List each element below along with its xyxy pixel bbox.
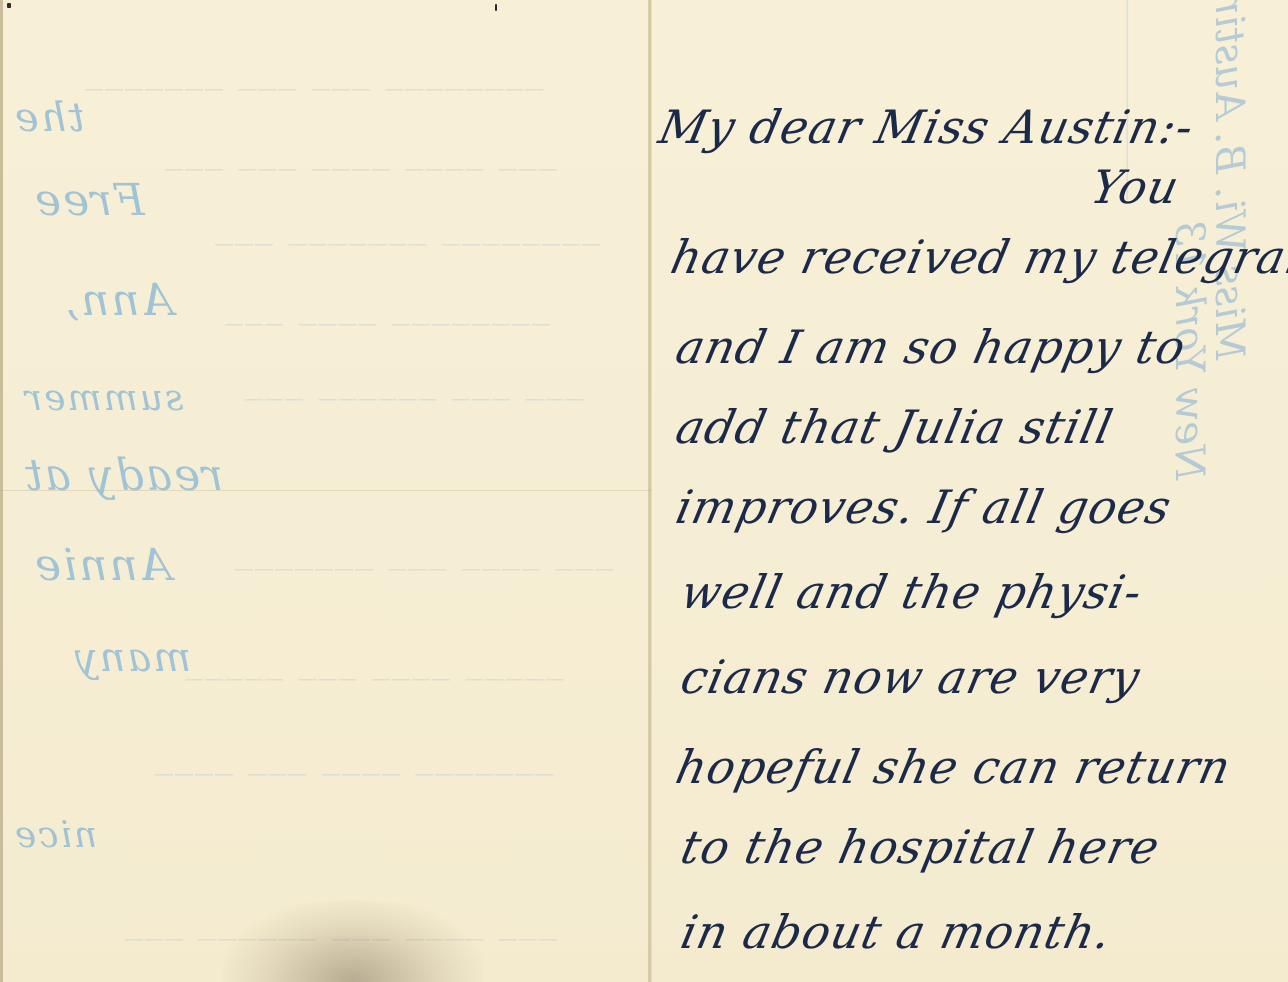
- letter-line: improves. If all goes: [671, 480, 1176, 534]
- faint-bleed-line: ___ ____ ____ ___ ___: [163, 130, 557, 171]
- letter-line: well and the physi-: [676, 565, 1147, 619]
- paper-speck: [495, 4, 497, 11]
- bleed-through-text: ready at: [23, 450, 223, 501]
- paper-speck: [7, 3, 11, 8]
- left-page: the Free Ann, summer ready at Annie many…: [0, 0, 649, 982]
- letter-line: You: [1086, 160, 1184, 214]
- faint-bleed-line: _____ ____ ___ _____: [183, 640, 563, 681]
- letter-line: hopeful she can return: [671, 740, 1236, 794]
- bleed-through-text: the: [13, 95, 85, 141]
- margin-bleed-through: Miss Wi. B. Austin: [1206, 0, 1252, 360]
- faint-bleed-line: ___ ___ ______ ___: [243, 360, 583, 401]
- bleed-through-text: summer: [23, 378, 183, 419]
- bleed-through-text: nice: [13, 815, 97, 856]
- bleed-through-text: many: [73, 635, 191, 681]
- salutation: My dear Miss Austin:-: [654, 100, 1199, 154]
- letter-line: have received my telegram: [666, 230, 1288, 284]
- right-page: Miss Wi. B. Austin New York 13 _________…: [652, 0, 1288, 982]
- bleed-through-text: Annie: [33, 540, 172, 591]
- letter-line: cians now are very: [676, 650, 1145, 704]
- bleed-through-text: Free: [33, 175, 145, 226]
- letter-line: and I am so happy to: [671, 320, 1191, 374]
- letter-line: to the hospital here: [676, 820, 1165, 874]
- faint-bleed-line: ________ ____ ___: [223, 285, 550, 326]
- ink-smudge: [223, 900, 483, 982]
- letter-line: add that Julia still: [671, 400, 1118, 454]
- faint-bleed-line: ________ _______ ___: [213, 205, 600, 246]
- letter-line: in about a month.: [676, 905, 1116, 959]
- faint-bleed-line: ________ ___ ___ _______: [83, 50, 543, 91]
- faint-bleed-line: ___ ____ ___ _______: [233, 530, 613, 571]
- faint-bleed-line: _______ ____ ___ ____: [153, 735, 553, 776]
- bleed-through-text: Ann,: [63, 275, 173, 326]
- letter-spread: the Free Ann, summer ready at Annie many…: [0, 0, 1288, 982]
